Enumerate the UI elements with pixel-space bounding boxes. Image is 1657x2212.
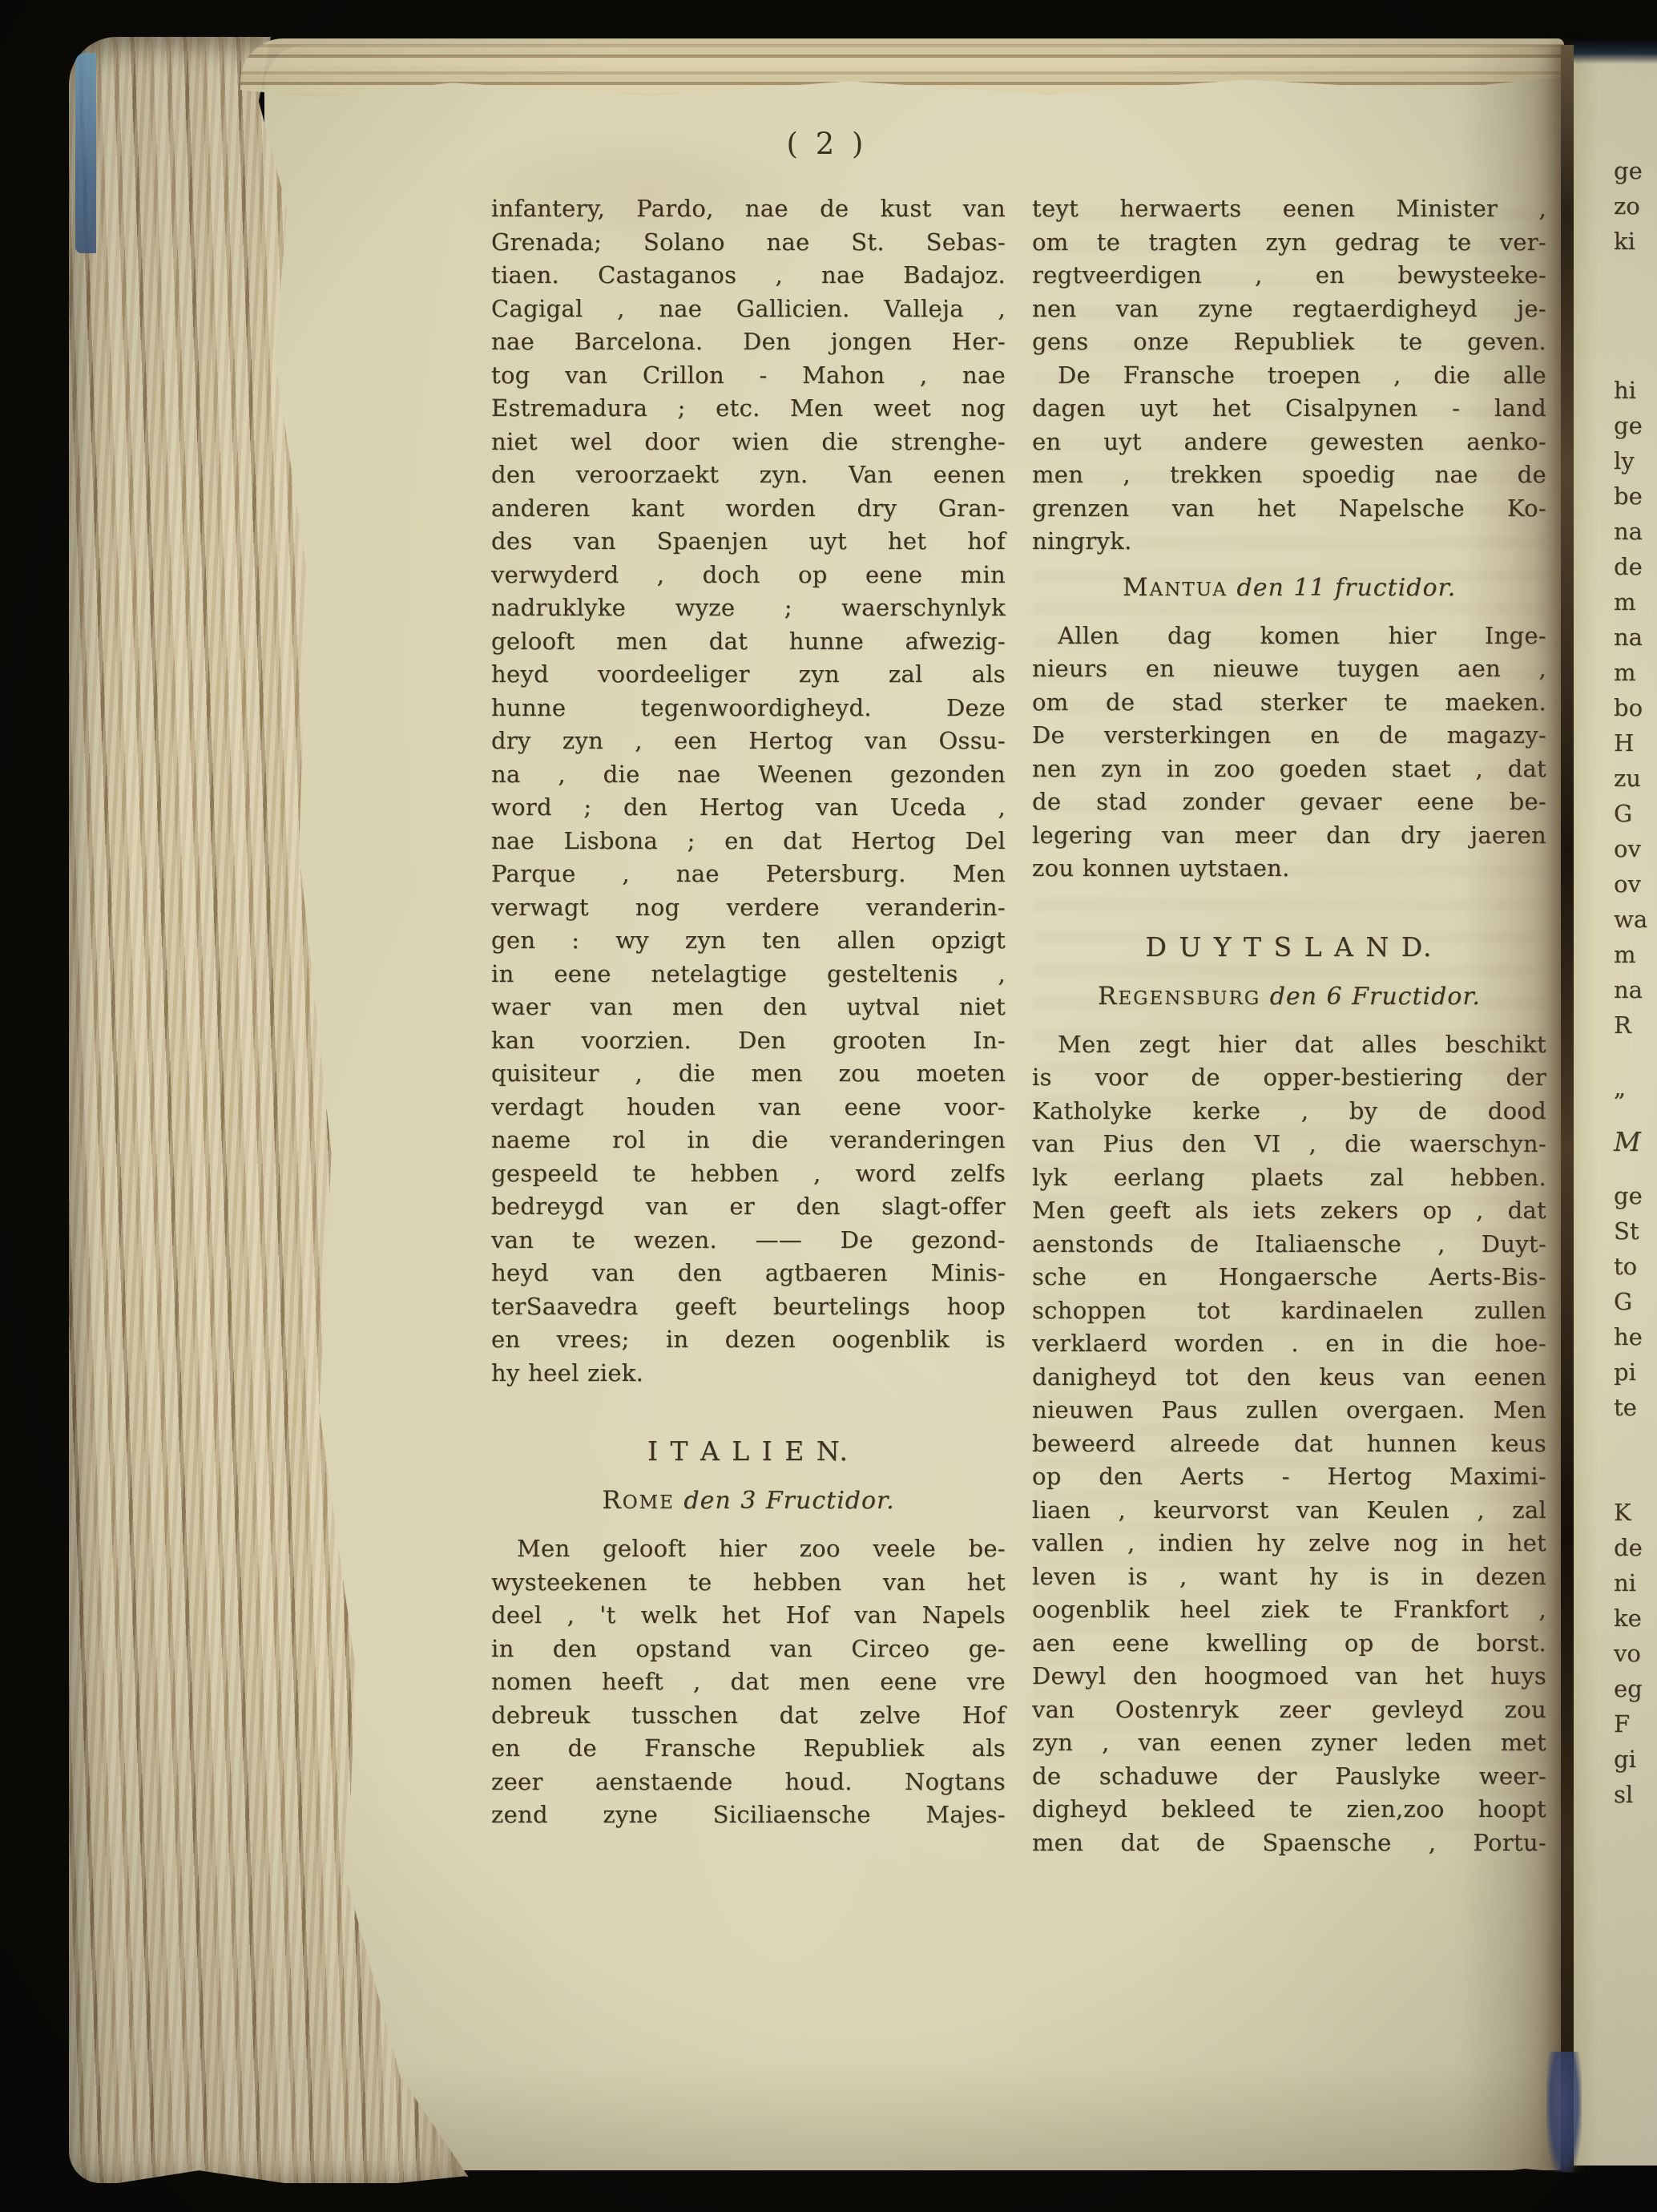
paragraph: infantery, Pardo, nae de kust vanGrenada… <box>491 192 1006 1390</box>
text-line: nen van zyne regtaerdigheyd je- <box>1032 293 1546 326</box>
text-line: ningryk. <box>1032 525 1546 559</box>
text-line: den veroorzaekt zyn. Van eenen <box>491 458 1006 492</box>
text-line: zeer aenstaende houd. Nogtans <box>491 1766 1006 1799</box>
text-line: zend zyne Siciliaensche Majes- <box>491 1798 1006 1832</box>
gutter-ink-blot <box>1546 2052 1582 2180</box>
text-line: van Pius den VI , die waerschyn- <box>1032 1128 1546 1161</box>
text-line: hy heel ziek. <box>491 1357 1006 1391</box>
text-line: Katholyke kerke , by de dood <box>1032 1095 1546 1128</box>
next-page-text-fragment: R <box>1614 1011 1631 1039</box>
text-line: de stad zonder gevaer eene be- <box>1032 785 1546 819</box>
text-line: verklaerd worden . en in die hoe- <box>1032 1327 1546 1361</box>
paragraph: teyt herwaerts eenen Minister ,om te tra… <box>1032 192 1546 559</box>
text-line: is voor de opper-bestiering der <box>1032 1061 1546 1095</box>
text-line: bedreygd van er den slagt-offer <box>491 1190 1006 1224</box>
text-line: nieuwen Paus zullen overgaen. Men <box>1032 1394 1546 1427</box>
text-line: De versterkingen en de magazy- <box>1032 719 1546 753</box>
text-line: Men geeft als iets zekers op , dat <box>1032 1194 1546 1228</box>
next-page-text-fragment: G <box>1614 1288 1632 1315</box>
next-page-text-fragment: „ <box>1614 1074 1626 1101</box>
text-line: tog van Crillon - Mahon , nae <box>491 359 1006 393</box>
dateline-date: den 3 Fructidor. <box>675 1487 895 1515</box>
text-line: infantery, Pardo, nae de kust van <box>491 192 1006 226</box>
next-page-text-fragment: he <box>1614 1323 1643 1350</box>
next-page-text-fragment: ov <box>1614 870 1641 898</box>
text-line: beweerd alreede dat hunnen keus <box>1032 1427 1546 1461</box>
text-line: vallen , indien hy zelve nog in het <box>1032 1527 1546 1560</box>
text-line: tiaen. Castaganos , nae Badajoz. <box>491 259 1006 293</box>
section-heading: I T A L I E N. <box>491 1435 1006 1471</box>
paragraph: Men gelooft hier zoo veele be-wysteekene… <box>491 1532 1006 1832</box>
next-page-text-fragment: ni <box>1614 1569 1636 1596</box>
next-page-edge: gezokihigelybenademnamboHzuGovovwamnaR„M… <box>1574 45 1657 2166</box>
text-line: naeme rol in die veranderingen <box>491 1124 1006 1157</box>
dateline-place: Rome <box>602 1484 675 1520</box>
text-line: kan voorzien. Den grooten In- <box>491 1024 1006 1058</box>
text-line: na , die nae Weenen gezonden <box>491 758 1006 792</box>
next-page-text-fragment: M <box>1614 1126 1641 1157</box>
text-line: niet wel door wien die strenghe- <box>491 426 1006 459</box>
next-page-text-fragment: G <box>1614 800 1632 827</box>
text-line: zyn , van eenen zyner leden met <box>1032 1726 1546 1760</box>
paragraph: Allen dag komen hier Inge-nieurs en nieu… <box>1032 620 1546 886</box>
text-line: Cagigal , nae Gallicien. Valleja , <box>491 293 1006 326</box>
text-line: verdagt houden van eene voor- <box>491 1091 1006 1124</box>
text-line: de schaduwe der Pauslyke weer- <box>1032 1760 1546 1794</box>
next-page-text-fragment: zu <box>1614 765 1641 792</box>
text-line: dry zyn , een Hertog van Ossu- <box>491 725 1006 758</box>
text-line: nae Lisbona ; en dat Hertog Del <box>491 825 1006 858</box>
next-page-text-fragment: bo <box>1614 694 1643 721</box>
dateline-place: Regensburg <box>1098 980 1260 1016</box>
next-page-text-fragment: ki <box>1614 228 1635 255</box>
text-line: Estremadura ; etc. Men weet nog <box>491 392 1006 426</box>
next-page-text-fragment: ke <box>1614 1605 1642 1632</box>
next-page-text-fragment: m <box>1614 659 1636 686</box>
next-page-text-fragment: ge <box>1614 412 1643 439</box>
dateline-date: den 11 fructidor. <box>1228 574 1456 602</box>
text-line: Allen dag komen hier Inge- <box>1032 620 1546 653</box>
next-page-text-fragment: gi <box>1614 1746 1636 1773</box>
next-page-text-fragment: ge <box>1614 157 1643 184</box>
text-line: des van Spaenjen uyt het hof <box>491 525 1006 559</box>
next-page-text-fragment: St <box>1614 1217 1639 1245</box>
text-line: terSaavedra geeft beurtelings hoop <box>491 1290 1006 1324</box>
next-page-text-fragment: de <box>1614 553 1643 580</box>
text-line: aenstonds de Italiaensche , Duyt- <box>1032 1228 1546 1261</box>
text-line: van te wezen. —— De gezond- <box>491 1224 1006 1257</box>
next-page-text-fragment: F <box>1614 1710 1630 1738</box>
text-line: nadruklyke wyze ; waerschynlyk <box>491 591 1006 625</box>
text-line: word ; den Hertog van Uceda , <box>491 791 1006 825</box>
text-line: op den Aerts - Hertog Maximi- <box>1032 1460 1546 1494</box>
text-line: gelooft men dat hunne afwezig- <box>491 625 1006 659</box>
next-page-text-fragment: vo <box>1614 1640 1641 1667</box>
next-page-text-fragment: pi <box>1614 1358 1636 1386</box>
text-line: in den opstand van Circeo ge- <box>491 1633 1006 1666</box>
paragraph: Men zegt hier dat alles beschiktis voor … <box>1032 1028 1546 1860</box>
text-line: Grenada; Solano nae St. Sebas- <box>491 226 1006 260</box>
left-column: infantery, Pardo, nae de kust vanGrenada… <box>491 192 1006 1832</box>
text-line: dagen uyt het Cisalpynen - land <box>1032 392 1546 426</box>
right-column: teyt herwaerts eenen Minister ,om te tra… <box>1032 192 1546 1859</box>
text-line: Men gelooft hier zoo veele be- <box>491 1532 1006 1566</box>
next-page-text-fragment: H <box>1614 729 1634 757</box>
section-heading: D U Y T S L A N D. <box>1032 930 1546 967</box>
dateline-place: Mantua <box>1123 571 1228 607</box>
text-line: en de Fransche Republiek als <box>491 1732 1006 1766</box>
text-line: teyt herwaerts eenen Minister , <box>1032 192 1546 226</box>
next-page-top-shadow <box>1574 40 1657 64</box>
text-line: van Oostenryk zeer gevleyd zou <box>1032 1693 1546 1727</box>
dateline: Regensburg den 6 Fructidor. <box>1032 980 1546 1017</box>
dateline-date: den 6 Fructidor. <box>1260 983 1481 1011</box>
next-page-text-fragment: wa <box>1614 906 1647 933</box>
text-line: sche en Hongaersche Aerts-Bis- <box>1032 1261 1546 1294</box>
dateline: Mantua den 11 fructidor. <box>1032 571 1546 608</box>
text-line: regtveerdigen , en bewysteeke- <box>1032 259 1546 293</box>
text-line: nieurs en nieuwe tuygen aen , <box>1032 652 1546 686</box>
next-page-text-fragment: be <box>1614 482 1643 510</box>
text-line: deel , 't welk het Hof van Napels <box>491 1599 1006 1633</box>
next-page-text-fragment: na <box>1614 976 1643 1003</box>
text-line: quisiteur , die men zou moeten <box>491 1057 1006 1091</box>
next-page-text-fragment: sl <box>1614 1781 1633 1808</box>
next-page-text-fragment: ly <box>1614 447 1635 474</box>
text-line: verwyderd , doch op eene min <box>491 559 1006 592</box>
text-line: om te tragten zyn gedrag te ver- <box>1032 226 1546 260</box>
cover-blue-edge <box>75 53 96 253</box>
text-line: nen zyn in zoo goeden staet , dat <box>1032 753 1546 786</box>
next-page-text-fragment: K <box>1614 1499 1631 1526</box>
text-line: legering van meer dan dry jaeren <box>1032 819 1546 853</box>
text-line: aen eene kwelling op de borst. <box>1032 1627 1546 1661</box>
text-line: anderen kant worden dry Gran- <box>491 492 1006 526</box>
text-line: men , trekken spoedig nae de <box>1032 458 1546 492</box>
next-page-text-fragment: ov <box>1614 835 1641 862</box>
text-line: waer van men den uytval niet <box>491 991 1006 1024</box>
text-line: en vrees; in dezen oogenblik is <box>491 1323 1006 1357</box>
text-line: Dewyl den hoogmoed van het huys <box>1032 1660 1546 1693</box>
book-gutter <box>1561 45 1574 2170</box>
text-line: zou konnen uytstaen. <box>1032 852 1546 886</box>
next-page-text-fragment: na <box>1614 518 1643 545</box>
text-line: gen : wy zyn ten allen opzigt <box>491 924 1006 958</box>
next-page-text-fragment: te <box>1614 1394 1637 1421</box>
page-number: ( 2 ) <box>771 127 883 161</box>
text-line: schoppen tot kardinaelen zullen <box>1032 1294 1546 1328</box>
next-page-text-fragment: na <box>1614 624 1643 651</box>
text-line: nomen heeft , dat men eene vre <box>491 1665 1006 1699</box>
next-page-text-fragment: zo <box>1614 192 1640 220</box>
next-page-text-fragment: de <box>1614 1534 1643 1561</box>
next-page-text-fragment: m <box>1614 941 1636 968</box>
book-scan: gezokihigelybenademnamboHzuGovovwamnaR„M… <box>0 0 1657 2212</box>
text-line: liaen , keurvorst van Keulen , zal <box>1032 1494 1546 1528</box>
text-line: nae Barcelona. Den jongen Her- <box>491 325 1006 359</box>
text-line: in eene netelagtige gesteltenis , <box>491 958 1006 991</box>
next-page-text-fragment: ge <box>1614 1182 1643 1209</box>
text-line: debreuk tusschen dat zelve Hof <box>491 1699 1006 1733</box>
text-line: gens onze Republiek te geven. <box>1032 325 1546 359</box>
next-page-text-fragment: m <box>1614 588 1636 616</box>
text-line: De Fransche troepen , die alle <box>1032 359 1546 393</box>
dateline: Rome den 3 Fructidor. <box>491 1484 1006 1521</box>
text-line: en uyt andere gewesten aenko- <box>1032 426 1546 459</box>
text-line: grenzen van het Napelsche Ko- <box>1032 492 1546 526</box>
text-line: om de stad sterker te maeken. <box>1032 686 1546 720</box>
next-page-text-fragment: to <box>1614 1253 1637 1280</box>
text-line: heyd voordeeliger zyn zal als <box>491 658 1006 692</box>
text-line: leven is , want hy is in dezen <box>1032 1560 1546 1594</box>
text-line: hunne tegenwoordigheyd. Deze <box>491 692 1006 725</box>
text-line: lyk eerlang plaets zal hebben. <box>1032 1161 1546 1195</box>
next-page-text-fragment: hi <box>1614 377 1636 404</box>
text-line: heyd van den agtbaeren Minis- <box>491 1257 1006 1290</box>
text-line: Parque , nae Petersburg. Men <box>491 858 1006 891</box>
next-page-text-fragment: eg <box>1614 1675 1643 1702</box>
text-line: danigheyd tot den keus van eenen <box>1032 1361 1546 1395</box>
text-line: gespeeld te hebben , word zelfs <box>491 1157 1006 1191</box>
text-line: men dat de Spaensche , Portu- <box>1032 1827 1546 1860</box>
text-line: oogenblik heel ziek te Frankfort , <box>1032 1593 1546 1627</box>
text-line: wysteekenen te hebben van het <box>491 1566 1006 1600</box>
text-line: verwagt nog verdere veranderin- <box>491 891 1006 925</box>
text-line: digheyd bekleed te zien,zoo hoopt <box>1032 1793 1546 1827</box>
text-line: Men zegt hier dat alles beschikt <box>1032 1028 1546 1062</box>
